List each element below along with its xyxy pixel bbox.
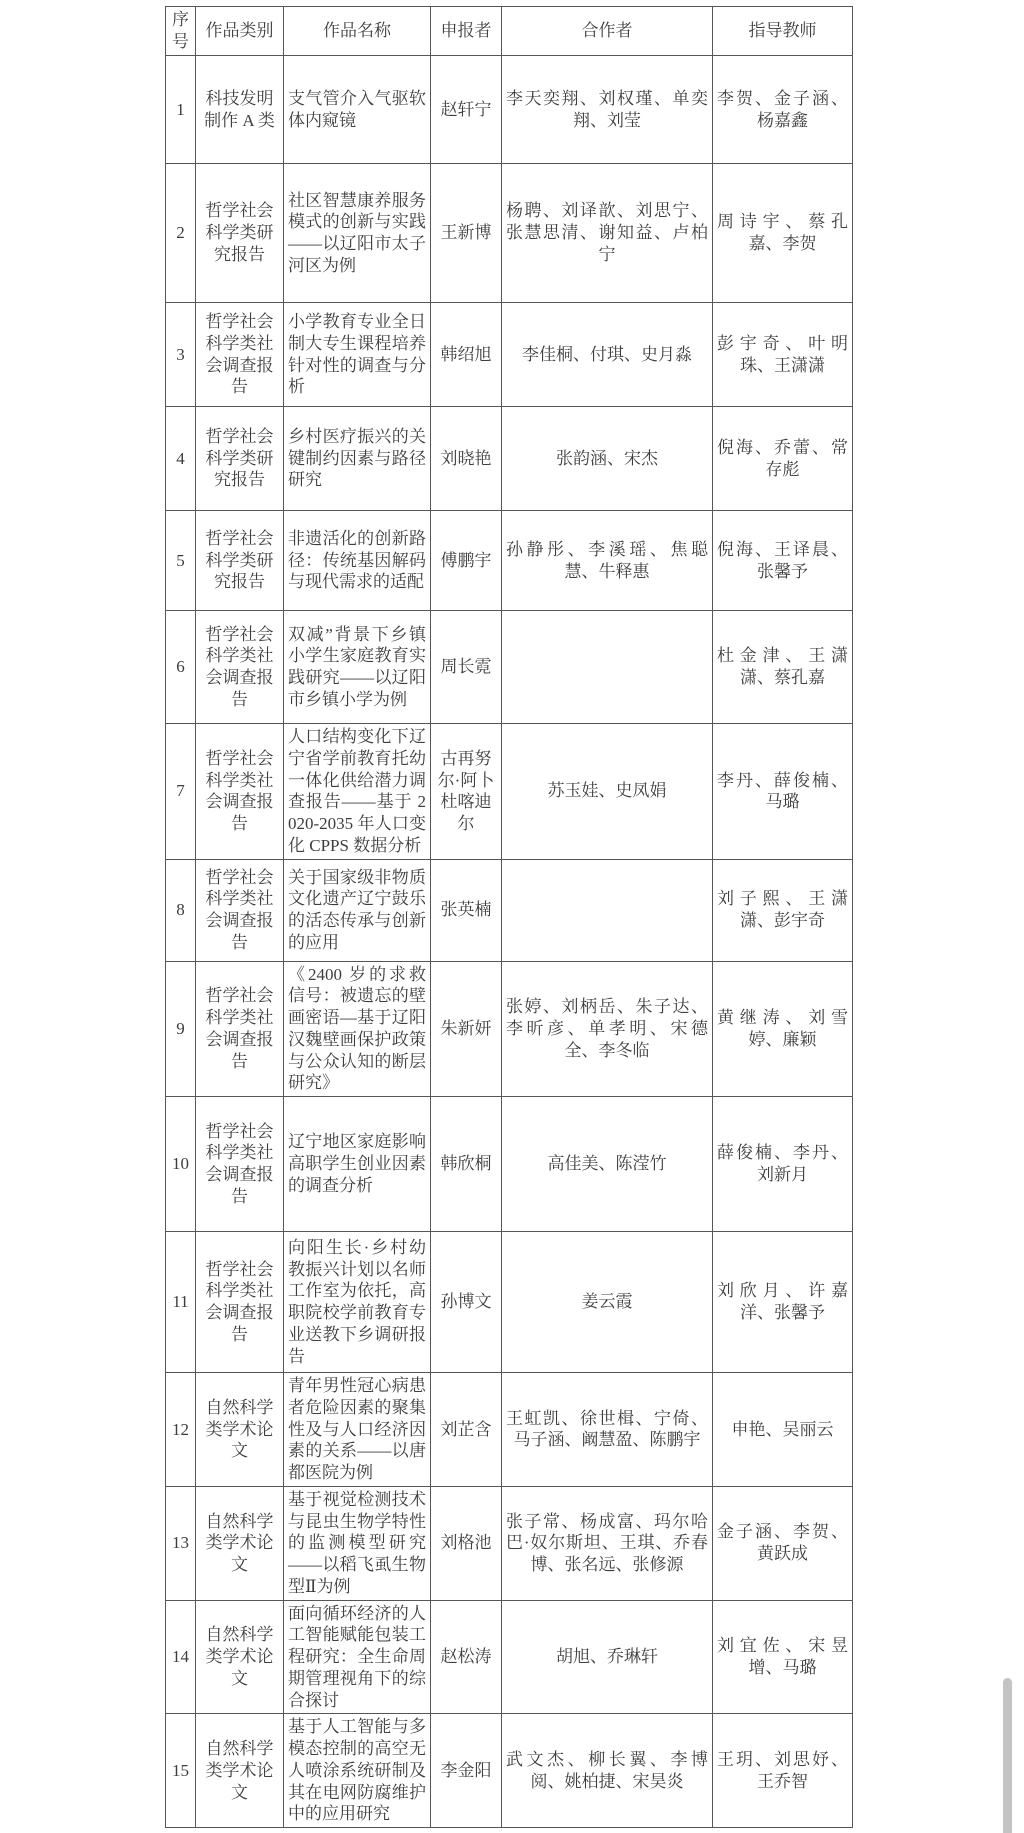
cell-collaborators: 武文杰、柳长翼、李博阅、姚柏捷、宋昊炎 (502, 1714, 713, 1828)
table-row: 13 自然科学类学术论文 基于视觉检测技术与昆虫生物学特性的监测模型研究——以稻… (166, 1486, 853, 1600)
cell-no: 7 (166, 724, 196, 860)
cell-applicant: 韩绍旭 (431, 303, 502, 407)
cell-category: 自然科学类学术论文 (196, 1486, 284, 1600)
header-applicant: 申报者 (431, 7, 502, 56)
table-row: 9 哲学社会科学类社会调查报告 《2400 岁的求救信号：被遗忘的壁画密语—基于… (166, 961, 853, 1097)
cell-advisors: 倪海、王译晨、张馨予 (713, 511, 853, 611)
document-page: 序号 作品类别 作品名称 申报者 合作者 指导教师 1 科技发明制作 A 类 支… (0, 0, 1024, 1833)
cell-title: 向阳生长·乡村幼教振兴计划以名师工作室为依托，高职院校学前教育专业送教下乡调研报… (284, 1232, 431, 1373)
cell-category: 哲学社会科学类社会调查报告 (196, 1232, 284, 1373)
table-row: 5 哲学社会科学类研究报告 非遗活化的创新路径：传统基因解码与现代需求的适配 傅… (166, 511, 853, 611)
cell-collaborators: 高佳美、陈滢竹 (502, 1097, 713, 1232)
cell-collaborators: 李天奕翔、刘权瑾、单奕翔、刘莹 (502, 56, 713, 164)
cell-no: 3 (166, 303, 196, 407)
vertical-scrollbar-thumb[interactable] (1003, 1678, 1012, 1833)
cell-no: 2 (166, 164, 196, 303)
cell-collaborators: 张子常、杨成富、玛尔哈巴·奴尔斯坦、王琪、乔春博、张名远、张修源 (502, 1486, 713, 1600)
cell-title: 乡村医疗振兴的关键制约因素与路径研究 (284, 407, 431, 511)
header-collaborators: 合作者 (502, 7, 713, 56)
cell-advisors: 薛俊楠、李丹、刘新月 (713, 1097, 853, 1232)
cell-applicant: 周长霓 (431, 611, 502, 724)
cell-applicant: 张英楠 (431, 859, 502, 961)
cell-category: 自然科学类学术论文 (196, 1714, 284, 1828)
cell-applicant: 刘晓艳 (431, 407, 502, 511)
table-row: 11 哲学社会科学类社会调查报告 向阳生长·乡村幼教振兴计划以名师工作室为依托，… (166, 1232, 853, 1373)
cell-category: 哲学社会科学类社会调查报告 (196, 859, 284, 961)
cell-category: 哲学社会科学类研究报告 (196, 511, 284, 611)
cell-title: 青年男性冠心病患者危险因素的聚集性及与人口经济因素的关系——以唐都医院为例 (284, 1373, 431, 1487)
cell-title: 辽宁地区家庭影响高职学生创业因素的调查分析 (284, 1097, 431, 1232)
cell-category: 哲学社会科学类社会调查报告 (196, 611, 284, 724)
cell-category: 哲学社会科学类社会调查报告 (196, 1097, 284, 1232)
table-row: 8 哲学社会科学类社会调查报告 关于国家级非物质文化遗产辽宁鼓乐的活态传承与创新… (166, 859, 853, 961)
cell-collaborators: 姜云霞 (502, 1232, 713, 1373)
cell-collaborators: 张韵涵、宋杰 (502, 407, 713, 511)
cell-category: 自然科学类学术论文 (196, 1600, 284, 1714)
cell-collaborators (502, 611, 713, 724)
header-advisors: 指导教师 (713, 7, 853, 56)
cell-title: 关于国家级非物质文化遗产辽宁鼓乐的活态传承与创新的应用 (284, 859, 431, 961)
cell-applicant: 赵轩宁 (431, 56, 502, 164)
cell-category: 哲学社会科学类研究报告 (196, 407, 284, 511)
cell-no: 1 (166, 56, 196, 164)
cell-advisors: 彭宇奇、叶明珠、王潇潇 (713, 303, 853, 407)
header-title: 作品名称 (284, 7, 431, 56)
table-row: 1 科技发明制作 A 类 支气管介入气驱软体内窥镜 赵轩宁 李天奕翔、刘权瑾、单… (166, 56, 853, 164)
cell-applicant: 李金阳 (431, 1714, 502, 1828)
award-entries-table: 序号 作品类别 作品名称 申报者 合作者 指导教师 1 科技发明制作 A 类 支… (165, 6, 853, 1828)
cell-advisors: 王玥、刘思妤、王乔智 (713, 1714, 853, 1828)
cell-advisors: 金子涵、李贺、黄跃成 (713, 1486, 853, 1600)
cell-applicant: 朱新妍 (431, 961, 502, 1097)
cell-category: 科技发明制作 A 类 (196, 56, 284, 164)
table-header-row: 序号 作品类别 作品名称 申报者 合作者 指导教师 (166, 7, 853, 56)
cell-collaborators (502, 859, 713, 961)
cell-collaborators: 苏玉娃、史凤娟 (502, 724, 713, 860)
cell-applicant: 赵松涛 (431, 1600, 502, 1714)
cell-collaborators: 李佳桐、付琪、史月淼 (502, 303, 713, 407)
cell-applicant: 王新博 (431, 164, 502, 303)
table-row: 3 哲学社会科学类社会调查报告 小学教育专业全日制大专生课程培养针对性的调查与分… (166, 303, 853, 407)
cell-no: 10 (166, 1097, 196, 1232)
header-no: 序号 (166, 7, 196, 56)
cell-collaborators: 孙静彤、李溪瑶、焦聪慧、牛释惠 (502, 511, 713, 611)
header-category: 作品类别 (196, 7, 284, 56)
cell-title: 基于视觉检测技术与昆虫生物学特性的监测模型研究——以稻飞虱生物型Ⅱ为例 (284, 1486, 431, 1600)
cell-title: 非遗活化的创新路径：传统基因解码与现代需求的适配 (284, 511, 431, 611)
cell-advisors: 倪海、乔蕾、常存彪 (713, 407, 853, 511)
cell-title: 基于人工智能与多模态控制的高空无人喷涂系统研制及其在电网防腐维护中的应用研究 (284, 1714, 431, 1828)
table-row: 7 哲学社会科学类社会调查报告 人口结构变化下辽宁省学前教育托幼一体化供给潜力调… (166, 724, 853, 860)
cell-collaborators: 王虹凯、徐世楫、宁倚、马子涵、阚慧盈、陈鹏宇 (502, 1373, 713, 1487)
cell-advisors: 刘欣月、许嘉洋、张馨予 (713, 1232, 853, 1373)
table-row: 2 哲学社会科学类研究报告 社区智慧康养服务模式的创新与实践——以辽阳市太子河区… (166, 164, 853, 303)
cell-title: 双减”背景下乡镇小学生家庭教育实践研究——以辽阳市乡镇小学为例 (284, 611, 431, 724)
cell-category: 哲学社会科学类研究报告 (196, 164, 284, 303)
cell-no: 13 (166, 1486, 196, 1600)
cell-advisors: 李贺、金子涵、杨嘉鑫 (713, 56, 853, 164)
cell-advisors: 刘宜佐、宋昱增、马璐 (713, 1600, 853, 1714)
cell-applicant: 孙博文 (431, 1232, 502, 1373)
cell-no: 4 (166, 407, 196, 511)
table-row: 6 哲学社会科学类社会调查报告 双减”背景下乡镇小学生家庭教育实践研究——以辽阳… (166, 611, 853, 724)
cell-advisors: 刘子熙、王潇潇、彭宇奇 (713, 859, 853, 961)
cell-no: 12 (166, 1373, 196, 1487)
cell-category: 哲学社会科学类社会调查报告 (196, 961, 284, 1097)
cell-applicant: 古再努尔·阿卜杜喀迪尔 (431, 724, 502, 860)
cell-collaborators: 杨聘、刘译歆、刘思宁、张慧思清、谢知益、卢柏宁 (502, 164, 713, 303)
cell-no: 15 (166, 1714, 196, 1828)
table-row: 12 自然科学类学术论文 青年男性冠心病患者危险因素的聚集性及与人口经济因素的关… (166, 1373, 853, 1487)
cell-advisors: 周诗宇、蔡孔嘉、李贺 (713, 164, 853, 303)
cell-no: 8 (166, 859, 196, 961)
cell-advisors: 申艳、吴丽云 (713, 1373, 853, 1487)
cell-category: 哲学社会科学类社会调查报告 (196, 724, 284, 860)
table-row: 15 自然科学类学术论文 基于人工智能与多模态控制的高空无人喷涂系统研制及其在电… (166, 1714, 853, 1828)
cell-applicant: 傅鹏宇 (431, 511, 502, 611)
cell-title: 小学教育专业全日制大专生课程培养针对性的调查与分析 (284, 303, 431, 407)
cell-no: 9 (166, 961, 196, 1097)
cell-title: 面向循环经济的人工智能赋能包装工程研究：全生命周期管理视角下的综合探讨 (284, 1600, 431, 1714)
cell-no: 14 (166, 1600, 196, 1714)
cell-advisors: 杜金津、王潇潇、蔡孔嘉 (713, 611, 853, 724)
cell-title: 支气管介入气驱软体内窥镜 (284, 56, 431, 164)
cell-advisors: 黄继涛、刘雪婷、廉颖 (713, 961, 853, 1097)
cell-title: 人口结构变化下辽宁省学前教育托幼一体化供给潜力调查报告——基于 2020-203… (284, 724, 431, 860)
cell-title: 《2400 岁的求救信号：被遗忘的壁画密语—基于辽阳汉魏壁画保护政策与公众认知的… (284, 961, 431, 1097)
table-row: 14 自然科学类学术论文 面向循环经济的人工智能赋能包装工程研究：全生命周期管理… (166, 1600, 853, 1714)
cell-collaborators: 张婷、刘柄岳、朱子达、李昕彦、单孝明、宋德全、李冬临 (502, 961, 713, 1097)
cell-collaborators: 胡旭、乔琳轩 (502, 1600, 713, 1714)
cell-category: 自然科学类学术论文 (196, 1373, 284, 1487)
table-row: 4 哲学社会科学类研究报告 乡村医疗振兴的关键制约因素与路径研究 刘晓艳 张韵涵… (166, 407, 853, 511)
cell-title: 社区智慧康养服务模式的创新与实践——以辽阳市太子河区为例 (284, 164, 431, 303)
cell-no: 11 (166, 1232, 196, 1373)
cell-applicant: 刘格池 (431, 1486, 502, 1600)
cell-no: 6 (166, 611, 196, 724)
cell-advisors: 李丹、薛俊楠、马璐 (713, 724, 853, 860)
cell-category: 哲学社会科学类社会调查报告 (196, 303, 284, 407)
cell-applicant: 韩欣桐 (431, 1097, 502, 1232)
cell-no: 5 (166, 511, 196, 611)
cell-applicant: 刘芷含 (431, 1373, 502, 1487)
table-row: 10 哲学社会科学类社会调查报告 辽宁地区家庭影响高职学生创业因素的调查分析 韩… (166, 1097, 853, 1232)
